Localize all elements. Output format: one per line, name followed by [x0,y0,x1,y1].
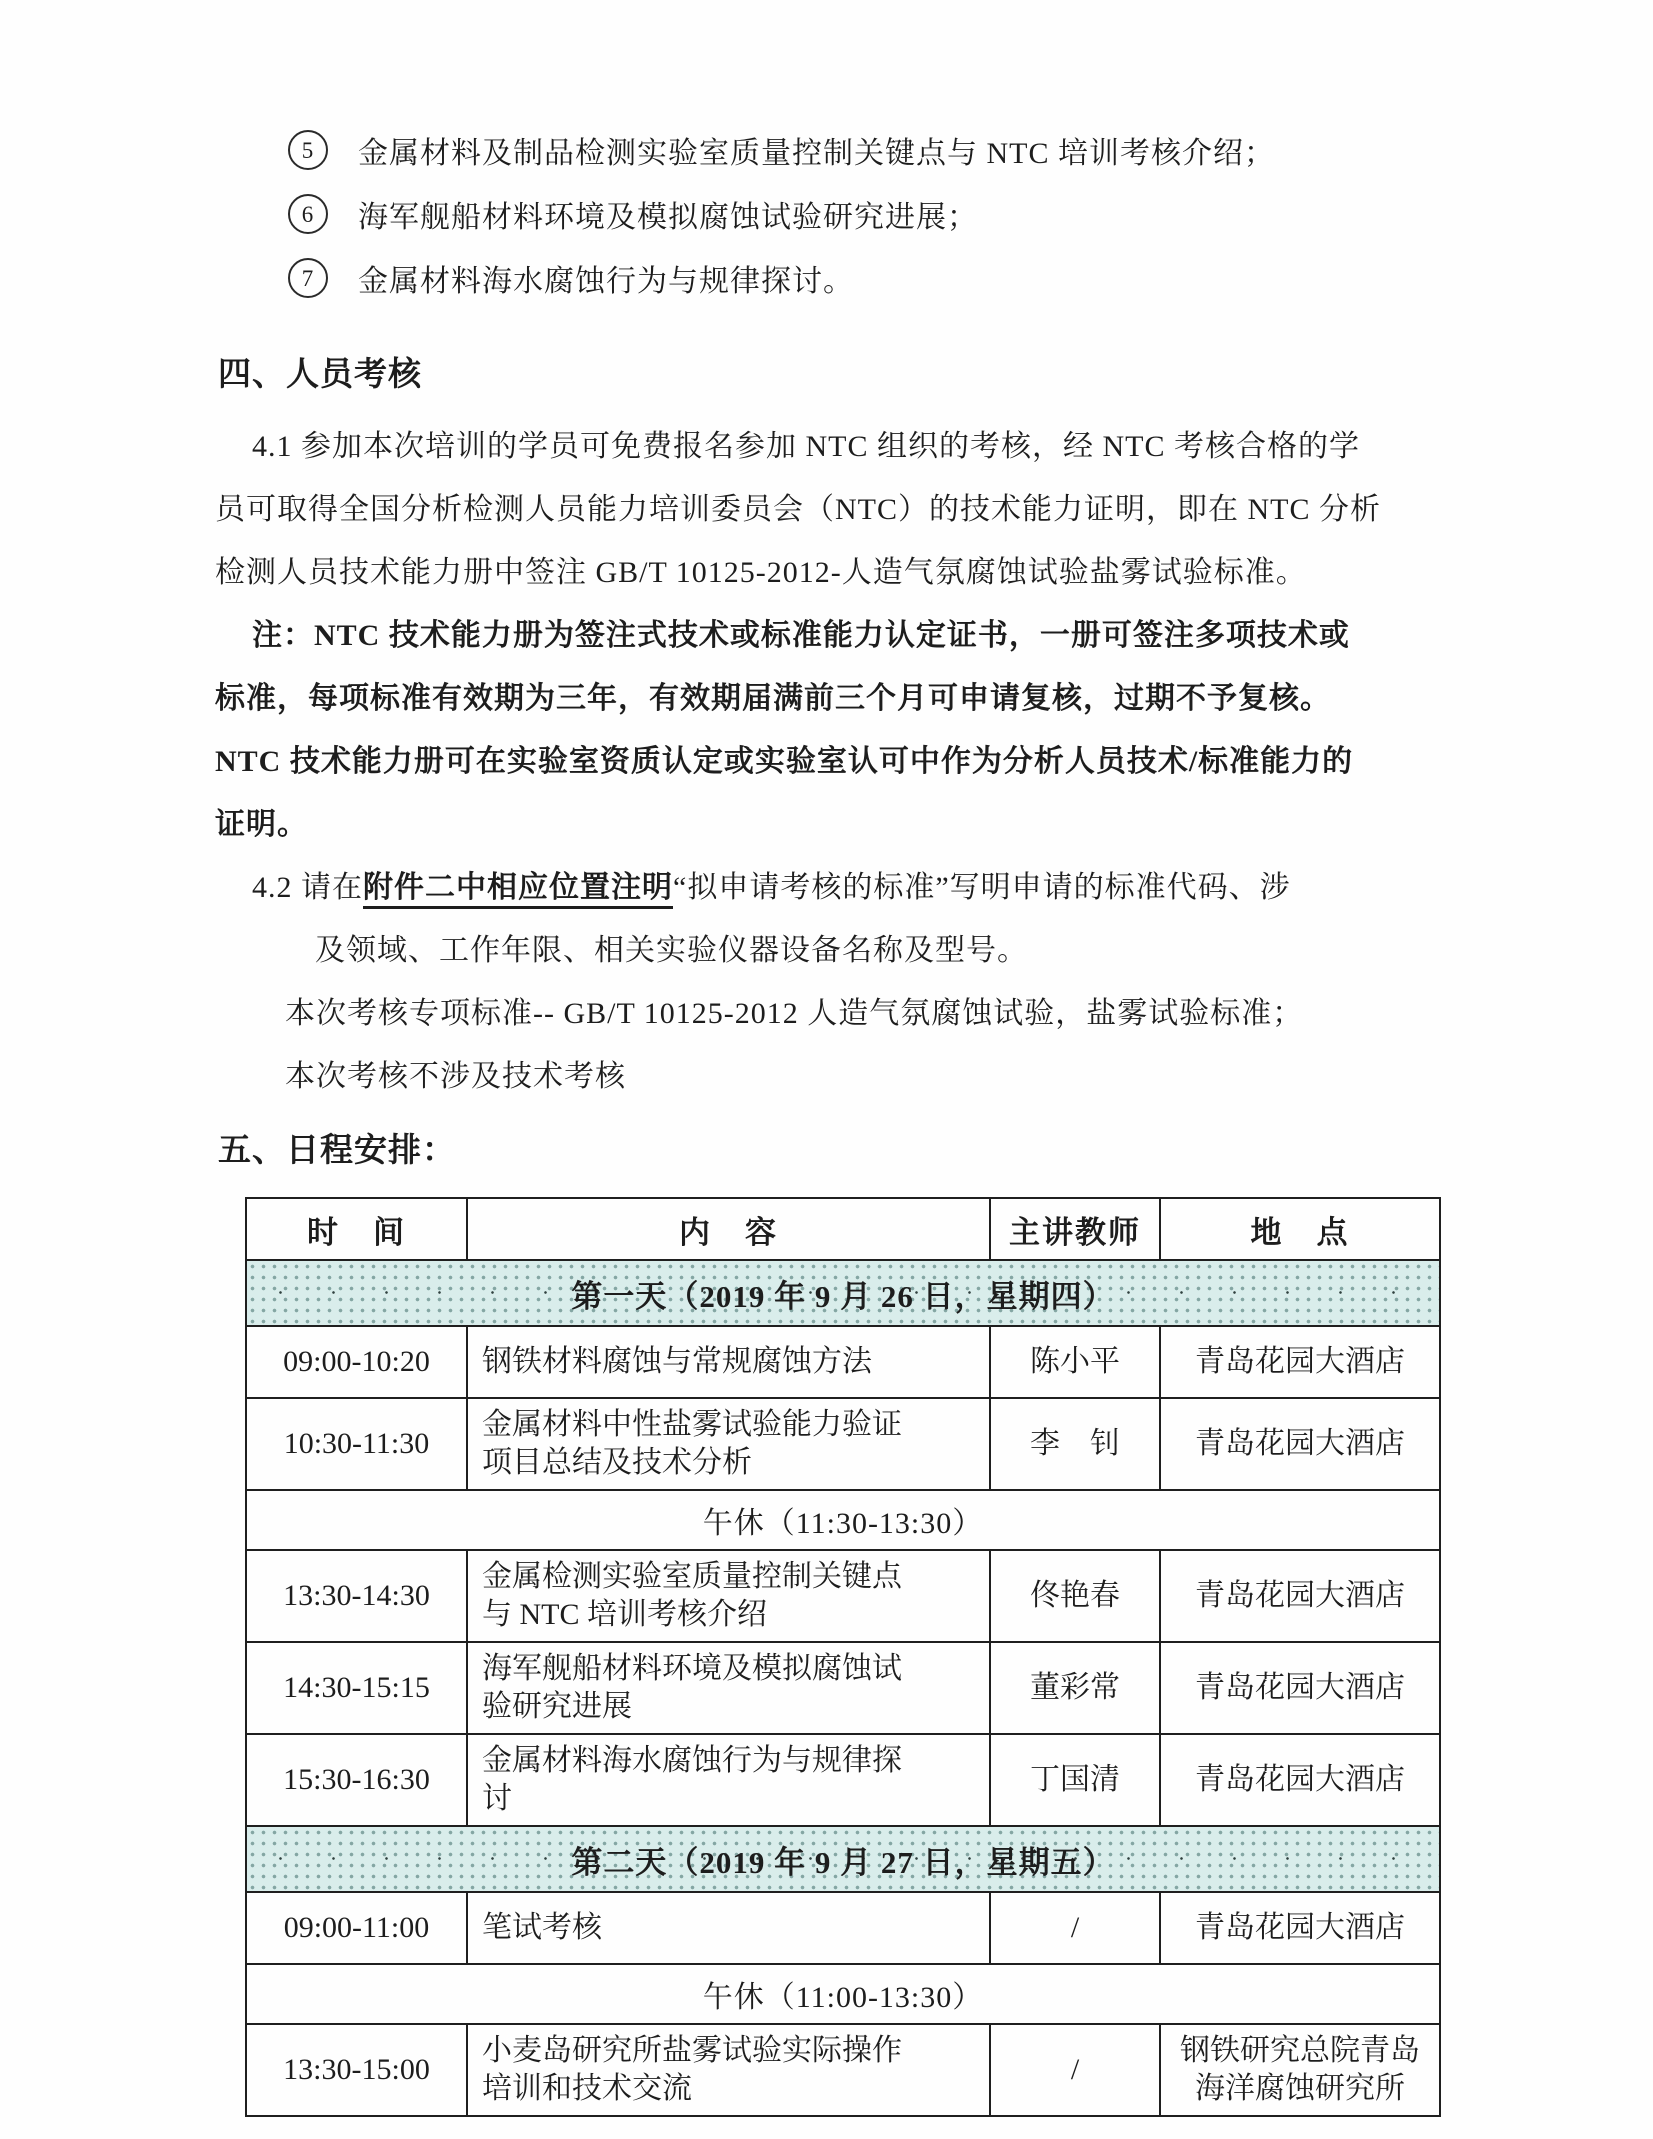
note-line-3: NTC 技术能力册可在实验室资质认定或实验室认可中作为分析人员技术/标准能力的 [215,730,1653,793]
col-header-teacher: 主讲教师 [990,1198,1160,1260]
day1-banner: 第一天（2019 年 9 月 26 日，星期四） [246,1260,1440,1326]
table-row: 13:30-14:30 金属检测实验室质量控制关键点与 NTC 培训考核介绍 佟… [246,1550,1440,1642]
para-4-2-prefix: 4.2 请在 [252,871,363,904]
session-teacher: / [990,1892,1160,1964]
session-teacher: 陈小平 [990,1326,1160,1398]
session-location: 青岛花园大酒店 [1160,1734,1440,1826]
session-location: 青岛花园大酒店 [1160,1550,1440,1642]
session-teacher: 丁国清 [990,1734,1160,1826]
session-time: 14:30-15:15 [246,1642,467,1734]
para-4-2-quoted: “拟申请考核的标准” [673,871,950,904]
para-4-2-line-1: 4.2 请在附件二中相应位置注明“拟申请考核的标准”写明申请的标准代码、涉 [215,856,1653,919]
numbered-item-5: 5 金属材料及制品检测实验室质量控制关键点与 NTC 培训考核介绍； [288,118,1653,182]
session-content: 笔试考核 [467,1892,990,1964]
session-time: 09:00-11:00 [246,1892,467,1964]
para-4-2-suffix: 写明申请的标准代码、涉 [950,871,1291,904]
session-location: 青岛花园大酒店 [1160,1892,1440,1964]
circled-number-icon: 6 [288,194,328,234]
session-teacher: 李 钊 [990,1398,1160,1490]
session-location: 青岛花园大酒店 [1160,1398,1440,1490]
col-header-content: 内 容 [467,1198,990,1260]
session-teacher: 佟艳春 [990,1550,1160,1642]
note-line-1: 注：NTC 技术能力册为签注式技术或标准能力认定证书，一册可签注多项技术或 [215,604,1653,667]
session-content: 金属材料海水腐蚀行为与规律探讨 [467,1734,990,1826]
para-4-2-line-2: 及领域、工作年限、相关实验仪器设备名称及型号。 [215,919,1653,982]
session-content: 金属检测实验室质量控制关键点与 NTC 培训考核介绍 [467,1550,990,1642]
table-row: 09:00-10:20 钢铁材料腐蚀与常规腐蚀方法 陈小平 青岛花园大酒店 [246,1326,1440,1398]
lunch-break: 午休（11:30-13:30） [246,1490,1440,1550]
session-location: 青岛花园大酒店 [1160,1642,1440,1734]
circled-number-icon: 5 [288,130,328,170]
lunch-break-row: 午休（11:00-13:30） [246,1964,1440,2024]
note-line-2: 标准，每项标准有效期为三年，有效期届满前三个月可申请复核，过期不予复核。 [215,667,1653,730]
attachment-reference-underlined: 附件二中相应位置注明 [363,871,673,909]
para-4-1-line-1: 4.1 参加本次培训的学员可免费报名参加 NTC 组织的考核，经 NTC 考核合… [215,415,1653,478]
session-time: 09:00-10:20 [246,1326,467,1398]
note-line-4: 证明。 [215,793,1653,856]
special-standard-line: 本次考核专项标准-- GB/T 10125-2012 人造气氛腐蚀试验，盐雾试验… [215,982,1653,1045]
table-row: 14:30-15:15 海军舰船材料环境及模拟腐蚀试验研究进展 董彩常 青岛花园… [246,1642,1440,1734]
col-header-location: 地 点 [1160,1198,1440,1260]
session-time: 10:30-11:30 [246,1398,467,1490]
col-header-time: 时 间 [246,1198,467,1260]
numbered-item-7: 7 金属材料海水腐蚀行为与规律探讨。 [288,246,1653,310]
day2-banner: 第二天（2019 年 9 月 27 日，星期五） [246,1826,1440,1892]
session-content: 小麦岛研究所盐雾试验实际操作培训和技术交流 [467,2024,990,2116]
numbered-item-text: 海军舰船材料环境及模拟腐蚀试验研究进展； [358,192,978,236]
table-row: 15:30-16:30 金属材料海水腐蚀行为与规律探讨 丁国清 青岛花园大酒店 [246,1734,1440,1826]
table-row: 10:30-11:30 金属材料中性盐雾试验能力验证项目总结及技术分析 李 钊 … [246,1398,1440,1490]
table-header-row: 时 间 内 容 主讲教师 地 点 [246,1198,1440,1260]
para-4-1-line-2: 员可取得全国分析检测人员能力培训委员会（NTC）的技术能力证明，即在 NTC 分… [215,478,1653,541]
session-content: 海军舰船材料环境及模拟腐蚀试验研究进展 [467,1642,990,1734]
table-row: 09:00-11:00 笔试考核 / 青岛花园大酒店 [246,1892,1440,1964]
section5-heading: 五、日程安排： [218,1124,1653,1171]
numbered-item-text: 金属材料及制品检测实验室质量控制关键点与 NTC 培训考核介绍； [358,128,1275,172]
no-tech-exam-line: 本次考核不涉及技术考核 [215,1045,1653,1108]
schedule-table: 时 间 内 容 主讲教师 地 点 第一天（2019 年 9 月 26 日，星期四… [245,1197,1441,2117]
session-content: 钢铁材料腐蚀与常规腐蚀方法 [467,1326,990,1398]
section4-heading: 四、人员考核 [218,348,1653,395]
document-content: 5 金属材料及制品检测实验室质量控制关键点与 NTC 培训考核介绍； 6 海军舰… [0,0,1653,2117]
circled-number-icon: 7 [288,258,328,298]
numbered-item-6: 6 海军舰船材料环境及模拟腐蚀试验研究进展； [288,182,1653,246]
session-location: 钢铁研究总院青岛海洋腐蚀研究所 [1160,2024,1440,2116]
session-time: 13:30-15:00 [246,2024,467,2116]
session-location: 青岛花园大酒店 [1160,1326,1440,1398]
session-teacher: / [990,2024,1160,2116]
table-row: 13:30-15:00 小麦岛研究所盐雾试验实际操作培训和技术交流 / 钢铁研究… [246,2024,1440,2116]
session-content: 金属材料中性盐雾试验能力验证项目总结及技术分析 [467,1398,990,1490]
session-time: 13:30-14:30 [246,1550,467,1642]
lunch-break-row: 午休（11:30-13:30） [246,1490,1440,1550]
numbered-item-text: 金属材料海水腐蚀行为与规律探讨。 [358,256,854,300]
document-page: 5 金属材料及制品检测实验室质量控制关键点与 NTC 培训考核介绍； 6 海军舰… [0,0,1653,2139]
day1-banner-row: 第一天（2019 年 9 月 26 日，星期四） [246,1260,1440,1326]
day2-banner-row: 第二天（2019 年 9 月 27 日，星期五） [246,1826,1440,1892]
lunch-break: 午休（11:00-13:30） [246,1964,1440,2024]
para-4-1-line-3: 检测人员技术能力册中签注 GB/T 10125-2012-人造气氛腐蚀试验盐雾试… [215,541,1653,604]
session-teacher: 董彩常 [990,1642,1160,1734]
session-time: 15:30-16:30 [246,1734,467,1826]
